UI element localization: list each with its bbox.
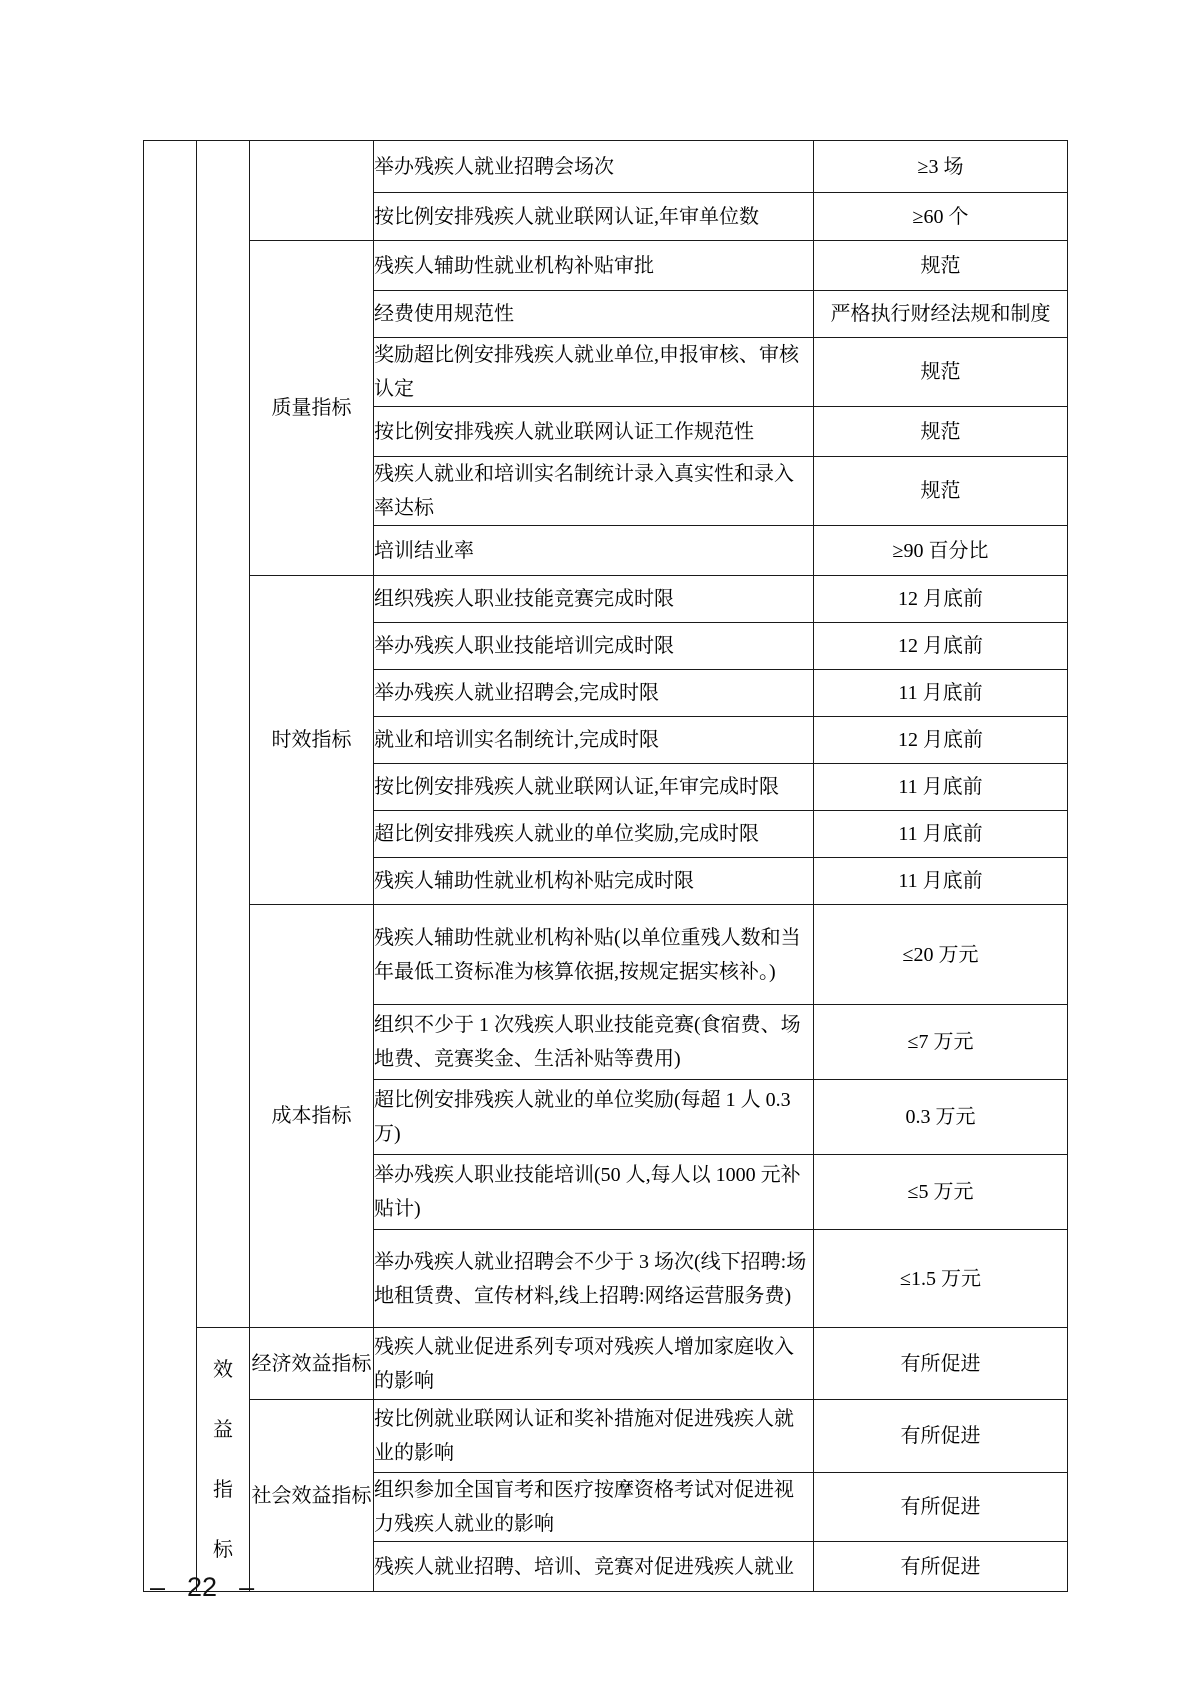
indicator-cell: 超比例安排残疾人就业的单位奖励(每超 1 人 0.3 万) [374,1080,814,1155]
value-cell: 严格执行财经法规和制度 [814,291,1068,338]
value-cell: 11 月底前 [814,811,1068,858]
indicator-cell: 就业和培训实名制统计,完成时限 [374,717,814,764]
table-row: 质量指标 残疾人辅助性就业机构补贴审批 规范 [144,241,1068,291]
indicator-cell: 残疾人就业招聘、培训、竞赛对促进残疾人就业 [374,1542,814,1592]
indicator-cell: 举办残疾人就业招聘会场次 [374,141,814,193]
value-cell: 规范 [814,457,1068,526]
category-cell-benefit-group: 效益指标 [197,1328,250,1592]
indicator-cell: 经费使用规范性 [374,291,814,338]
category-cell-social-benefit: 社会效益指标 [250,1400,374,1592]
value-cell: 有所促进 [814,1328,1068,1400]
value-cell: 11 月底前 [814,764,1068,811]
table-row: 时效指标 组织残疾人职业技能竞赛完成时限 12 月底前 [144,576,1068,623]
benefit-group-vertical-label: 效益指标 [213,1340,234,1580]
indicator-cell: 举办残疾人职业技能培训(50 人,每人以 1000 元补贴计) [374,1155,814,1230]
value-cell: 11 月底前 [814,858,1068,905]
indicator-cell: 按比例就业联网认证和奖补措施对促进残疾人就业的影响 [374,1400,814,1473]
indicator-cell: 超比例安排残疾人就业的单位奖励,完成时限 [374,811,814,858]
value-cell: 12 月底前 [814,576,1068,623]
indicator-cell: 组织参加全国盲考和医疗按摩资格考试对促进视力残疾人就业的影响 [374,1473,814,1542]
indicator-cell: 按比例安排残疾人就业联网认证工作规范性 [374,407,814,457]
category-cell-timeliness: 时效指标 [250,576,374,905]
value-cell: 0.3 万元 [814,1080,1068,1155]
indicator-cell: 举办残疾人就业招聘会,完成时限 [374,670,814,717]
indicator-cell: 残疾人辅助性就业机构补贴(以单位重残人数和当年最低工资标准为核算依据,按规定据实… [374,905,814,1005]
page-number: – 22 – [150,1572,254,1603]
indicator-cell: 残疾人辅助性就业机构补贴完成时限 [374,858,814,905]
value-cell: ≤5 万元 [814,1155,1068,1230]
category-cell-economic-benefit: 经济效益指标 [250,1328,374,1400]
indicator-cell: 按比例安排残疾人就业联网认证,年审完成时限 [374,764,814,811]
category-cell-cost: 成本指标 [250,905,374,1328]
table-row: 举办残疾人就业招聘会场次 ≥3 场 [144,141,1068,193]
value-cell: ≥90 百分比 [814,526,1068,576]
value-cell: 规范 [814,338,1068,407]
benefit-column-empty-cell [197,141,250,1328]
group-column-empty-cell [144,141,197,1592]
category-cell-quality: 质量指标 [250,241,374,576]
indicator-cell: 组织残疾人职业技能竞赛完成时限 [374,576,814,623]
page-number-dash-left: – [150,1572,165,1603]
value-cell: 11 月底前 [814,670,1068,717]
value-cell: 规范 [814,407,1068,457]
indicator-cell: 奖励超比例安排残疾人就业单位,申报审核、审核认定 [374,338,814,407]
indicator-cell: 举办残疾人就业招聘会不少于 3 场次(线下招聘:场地租赁费、宣传材料,线上招聘:… [374,1230,814,1328]
document-page: 举办残疾人就业招聘会场次 ≥3 场 按比例安排残疾人就业联网认证,年审单位数 ≥… [0,0,1190,1683]
value-cell: 规范 [814,241,1068,291]
table-row: 成本指标 残疾人辅助性就业机构补贴(以单位重残人数和当年最低工资标准为核算依据,… [144,905,1068,1005]
value-cell: ≤20 万元 [814,905,1068,1005]
table-row: 效益指标 经济效益指标 残疾人就业促进系列专项对残疾人增加家庭收入的影响 有所促… [144,1328,1068,1400]
value-cell: 有所促进 [814,1542,1068,1592]
value-cell: ≥3 场 [814,141,1068,193]
indicator-cell: 残疾人辅助性就业机构补贴审批 [374,241,814,291]
value-cell: 12 月底前 [814,717,1068,764]
indicator-cell: 培训结业率 [374,526,814,576]
value-cell: 有所促进 [814,1400,1068,1473]
performance-indicator-table: 举办残疾人就业招聘会场次 ≥3 场 按比例安排残疾人就业联网认证,年审单位数 ≥… [143,140,1068,1592]
value-cell: ≤7 万元 [814,1005,1068,1080]
value-cell: ≥60 个 [814,193,1068,241]
indicator-cell: 残疾人就业促进系列专项对残疾人增加家庭收入的影响 [374,1328,814,1400]
category-empty-cell [250,141,374,241]
indicator-cell: 按比例安排残疾人就业联网认证,年审单位数 [374,193,814,241]
value-cell: 有所促进 [814,1473,1068,1542]
value-cell: 12 月底前 [814,623,1068,670]
indicator-cell: 残疾人就业和培训实名制统计录入真实性和录入率达标 [374,457,814,526]
page-number-value: 22 [187,1572,217,1603]
indicator-cell: 组织不少于 1 次残疾人职业技能竞赛(食宿费、场地费、竞赛奖金、生活补贴等费用) [374,1005,814,1080]
value-cell: ≤1.5 万元 [814,1230,1068,1328]
table-row: 社会效益指标 按比例就业联网认证和奖补措施对促进残疾人就业的影响 有所促进 [144,1400,1068,1473]
page-number-dash-right: – [239,1572,254,1603]
indicator-cell: 举办残疾人职业技能培训完成时限 [374,623,814,670]
